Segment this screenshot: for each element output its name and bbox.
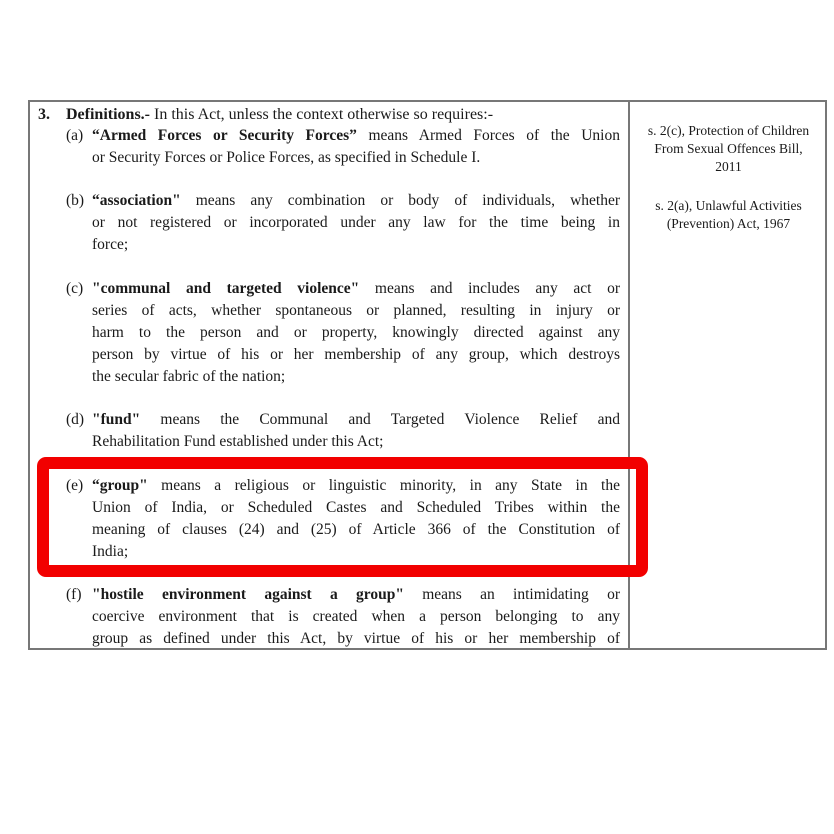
side-note: s. 2(a), Unlawful Activities (Prevention… — [630, 197, 827, 233]
clause-line: means any combination or body of individ… — [181, 192, 620, 209]
clause-label: (c) — [66, 278, 83, 300]
section-heading: 3.Definitions.- In this Act, unless the … — [38, 104, 493, 126]
clause-label: (a) — [66, 125, 83, 147]
defined-term: "fund" — [92, 411, 140, 428]
clause-line: the secular fabric of the nation; — [92, 366, 620, 388]
clause-line: means and includes any act or — [359, 280, 620, 297]
clause-text: “association" means any combination or b… — [92, 190, 620, 256]
clause-line: person by virtue of his or her membershi… — [92, 344, 620, 366]
clause-line: means the Communal and Targeted Violence… — [140, 411, 620, 428]
side-note-line: s. 2(a), Unlawful Activities — [630, 197, 827, 215]
clause-label: (b) — [66, 190, 84, 212]
section-title: Definitions.- — [66, 106, 150, 123]
clause-text: "fund" means the Communal and Targeted V… — [92, 409, 620, 453]
clause-line: or Security Forces or Police Forces, as … — [92, 147, 620, 169]
defined-term: “Armed Forces or Security Forces” — [92, 127, 357, 144]
defined-term: "communal and targeted violence" — [92, 280, 359, 297]
section-intro: In this Act, unless the context otherwis… — [150, 106, 493, 123]
clause-line: group as defined under this Act, by virt… — [92, 628, 620, 650]
defined-term: "hostile environment against a group" — [92, 586, 404, 603]
clause-line: means an intimidating or — [404, 586, 620, 603]
clause-line: series of acts, whether spontaneous or p… — [92, 300, 620, 322]
clause-text: "hostile environment against a group" me… — [92, 584, 620, 650]
clause-line: harm to the person and or property, know… — [92, 322, 620, 344]
side-note: s. 2(c), Protection of Children From Sex… — [630, 122, 827, 176]
defined-term: “association" — [92, 192, 181, 209]
section-number: 3. — [38, 104, 66, 126]
side-note-line: From Sexual Offences Bill, — [630, 140, 827, 158]
side-note-line: (Prevention) Act, 1967 — [630, 215, 827, 233]
clause-line: coercive environment that is created whe… — [92, 606, 620, 628]
clause-text: "communal and targeted violence" means a… — [92, 278, 620, 388]
clause-label: (f) — [66, 584, 82, 606]
highlight-box — [37, 457, 648, 577]
side-note-line: 2011 — [630, 158, 827, 176]
side-note-line: s. 2(c), Protection of Children — [630, 122, 827, 140]
clause-text: “Armed Forces or Security Forces” means … — [92, 125, 620, 169]
clause-label: (d) — [66, 409, 84, 431]
clause-line: means Armed Forces of the Union — [357, 127, 620, 144]
clause-line: or not registered or incorporated under … — [92, 212, 620, 234]
clause-line: force; — [92, 234, 620, 256]
clause-line: Rehabilitation Fund established under th… — [92, 431, 620, 453]
